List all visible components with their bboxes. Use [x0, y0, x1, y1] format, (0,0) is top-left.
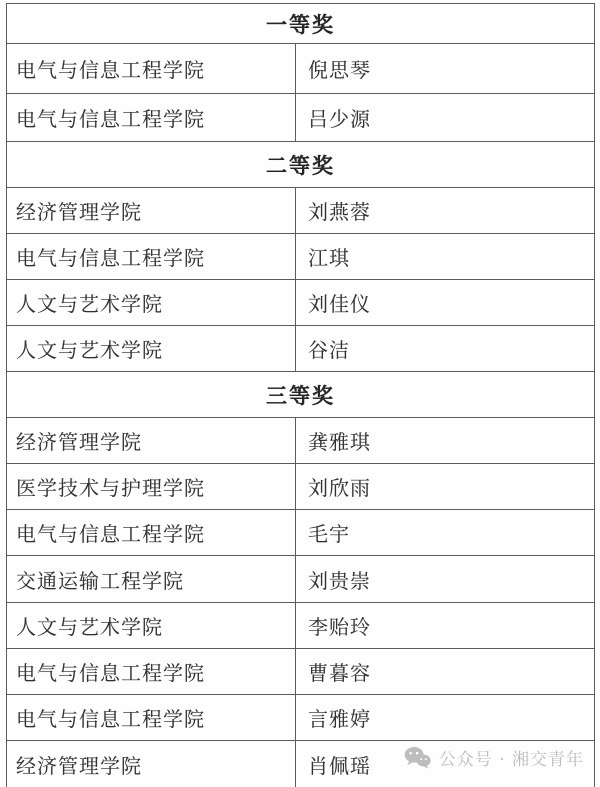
table-row: 经济管理学院 龚雅琪: [7, 418, 594, 464]
section-header-second-prize: 二等奖: [7, 142, 594, 188]
table-row: 电气与信息工程学院 言雅婷: [7, 695, 594, 741]
watermark: 公众号 · 湘交青年: [404, 745, 584, 770]
table-row: 电气与信息工程学院 吕少源: [7, 94, 594, 142]
table-row: 人文与艺术学院 刘佳仪: [7, 280, 594, 326]
college-cell: 电气与信息工程学院: [7, 94, 296, 141]
college-cell: 交通运输工程学院: [7, 556, 296, 602]
section-header-label: 三等奖: [266, 380, 335, 410]
section-header-first-prize: 一等奖: [7, 4, 594, 44]
college-cell: 电气与信息工程学院: [7, 649, 296, 694]
college-cell: 电气与信息工程学院: [7, 695, 296, 740]
college-cell: 医学技术与护理学院: [7, 464, 296, 509]
watermark-text: 公众号 · 湘交青年: [439, 745, 584, 770]
table-row: 交通运输工程学院 刘贵崇: [7, 556, 594, 603]
name-cell: 倪思琴: [296, 44, 594, 93]
college-cell: 经济管理学院: [7, 741, 296, 787]
name-cell: 龚雅琪: [296, 418, 594, 463]
name-cell: 言雅婷: [296, 695, 594, 740]
college-cell: 电气与信息工程学院: [7, 510, 296, 555]
table-row: 人文与艺术学院 李贻玲: [7, 603, 594, 649]
table-row: 电气与信息工程学院 倪思琴: [7, 44, 594, 94]
table-row: 电气与信息工程学院 江琪: [7, 234, 594, 280]
table-row: 人文与艺术学院 谷洁: [7, 326, 594, 372]
college-cell: 电气与信息工程学院: [7, 234, 296, 279]
table-row: 经济管理学院 刘燕蓉: [7, 188, 594, 234]
name-cell: 毛宇: [296, 510, 594, 555]
document-page: 一等奖 电气与信息工程学院 倪思琴 电气与信息工程学院 吕少源 二等奖 经济管理…: [0, 0, 600, 787]
name-cell: 李贻玲: [296, 603, 594, 648]
name-cell: 谷洁: [296, 326, 594, 371]
table-row: 电气与信息工程学院 曹暮容: [7, 649, 594, 695]
section-header-third-prize: 三等奖: [7, 372, 594, 418]
name-cell: 江琪: [296, 234, 594, 279]
award-table: 一等奖 电气与信息工程学院 倪思琴 电气与信息工程学院 吕少源 二等奖 经济管理…: [6, 3, 595, 787]
table-row: 电气与信息工程学院 毛宇: [7, 510, 594, 556]
name-cell: 吕少源: [296, 94, 594, 141]
section-header-label: 一等奖: [266, 9, 335, 39]
college-cell: 人文与艺术学院: [7, 603, 296, 648]
wechat-icon: [404, 746, 431, 769]
name-cell: 刘欣雨: [296, 464, 594, 509]
name-cell: 曹暮容: [296, 649, 594, 694]
college-cell: 人文与艺术学院: [7, 326, 296, 371]
name-cell: 刘佳仪: [296, 280, 594, 325]
college-cell: 人文与艺术学院: [7, 280, 296, 325]
section-header-label: 二等奖: [266, 150, 335, 180]
name-cell: 刘贵崇: [296, 556, 594, 602]
college-cell: 经济管理学院: [7, 188, 296, 233]
college-cell: 经济管理学院: [7, 418, 296, 463]
college-cell: 电气与信息工程学院: [7, 44, 296, 93]
name-cell: 刘燕蓉: [296, 188, 594, 233]
table-row: 医学技术与护理学院 刘欣雨: [7, 464, 594, 510]
